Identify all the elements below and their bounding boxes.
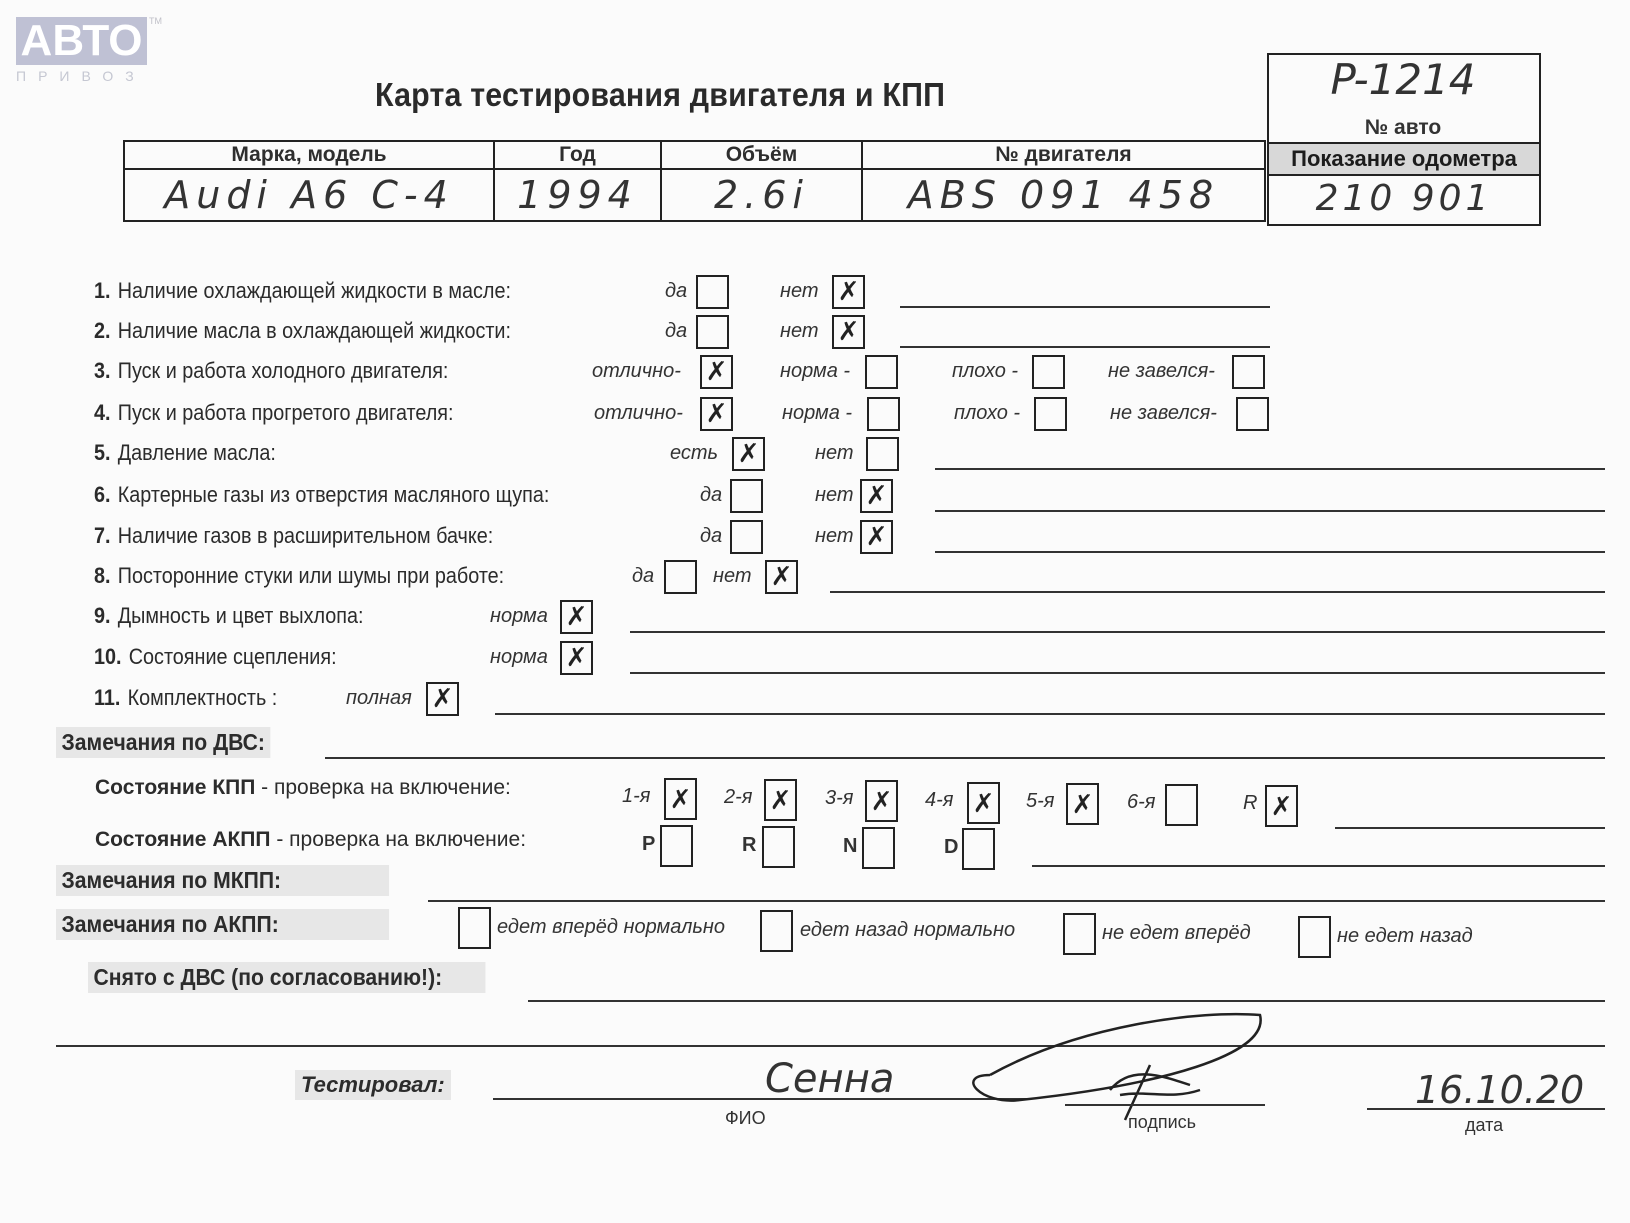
tester-name[interactable]: Сенна: [765, 1056, 894, 1102]
option-label: плохо -: [952, 360, 1018, 383]
comment-line[interactable]: [830, 591, 1605, 593]
gear-checkbox[interactable]: ✗: [1066, 783, 1099, 825]
checklist-item-label: 7.Наличие газов в расширительном бачке:: [94, 523, 493, 549]
gear-label: R: [1243, 792, 1257, 815]
item-text: Картерные газы из отверстия масляного щу…: [118, 482, 550, 507]
gear-label: 6-я: [1127, 791, 1155, 814]
ice-remarks-label: Замечания по ДВС:: [56, 727, 270, 758]
mode-checkbox[interactable]: [862, 827, 895, 869]
checkbox[interactable]: [866, 437, 899, 471]
auto-remark-label: едет вперёд нормально: [497, 916, 725, 939]
checklist-item-label: 8.Посторонние стуки или шумы при работе:: [94, 563, 504, 589]
option-label: да: [700, 525, 722, 548]
comment-line[interactable]: [630, 672, 1605, 674]
mode-label: R: [742, 834, 756, 857]
name-line: [493, 1098, 1028, 1100]
test-date[interactable]: 16.10.20: [1415, 1068, 1584, 1112]
col-header-model: Марка, модель: [124, 141, 494, 169]
checkbox[interactable]: [730, 479, 763, 513]
checkbox[interactable]: [865, 355, 898, 389]
removed-line[interactable]: [528, 1000, 1605, 1002]
item-text: Пуск и работа холодного двигателя:: [118, 358, 449, 383]
mode-label: P: [642, 833, 655, 856]
gear-checkbox[interactable]: ✗: [865, 780, 898, 822]
checkbox[interactable]: ✗: [700, 397, 733, 431]
vehicle-info-table: Марка, модель Год Объём № двигателя Audi…: [123, 140, 1266, 222]
option-label: да: [665, 280, 687, 303]
option-label: норма: [490, 646, 548, 669]
date-line: [1367, 1108, 1605, 1110]
option-label: нет: [815, 484, 854, 507]
gear-label: 4-я: [925, 789, 953, 812]
mode-checkbox[interactable]: [962, 828, 995, 870]
item-text: Пуск и работа прогретого двигателя:: [118, 400, 454, 425]
option-label: отлично-: [594, 402, 683, 425]
checklist-item-label: 4.Пуск и работа прогретого двигателя:: [94, 400, 454, 426]
checkbox[interactable]: [1032, 355, 1065, 389]
gear-label: 5-я: [1026, 790, 1054, 813]
option-label: норма: [490, 605, 548, 628]
mode-checkbox[interactable]: [660, 825, 693, 867]
option-label: нет: [780, 320, 819, 343]
option-label: нет: [815, 442, 854, 465]
col-header-engine-no: № двигателя: [862, 141, 1265, 169]
item-number: 7.: [94, 523, 111, 548]
date-caption: дата: [1465, 1115, 1503, 1136]
checkbox[interactable]: [867, 397, 900, 431]
manual-remarks-line[interactable]: [428, 900, 1605, 902]
checkbox[interactable]: ✗: [426, 682, 459, 716]
signature-line: [1065, 1104, 1265, 1106]
gear-checkbox[interactable]: [1165, 784, 1198, 826]
checklist-item-label: 11.Комплектность :: [94, 685, 277, 711]
item-number: 9.: [94, 603, 111, 628]
comment-line[interactable]: [630, 631, 1605, 633]
checkbox[interactable]: ✗: [832, 275, 865, 309]
checklist-item-label: 5.Давление масла:: [94, 440, 276, 466]
comment-line[interactable]: [935, 510, 1605, 512]
checklist-item-label: 6.Картерные газы из отверстия масляного …: [94, 482, 549, 508]
blank-line[interactable]: [56, 1045, 1605, 1047]
comment-line[interactable]: [495, 713, 1605, 715]
item-number: 10.: [94, 644, 122, 669]
item-text: Наличие газов в расширительном бачке:: [118, 523, 494, 548]
item-number: 11.: [94, 685, 120, 710]
auto-remark-label: едет назад нормально: [800, 919, 1015, 942]
ice-remarks-line[interactable]: [325, 757, 1605, 759]
option-label: нет: [780, 280, 819, 303]
manual-gearbox-label: Состояние КПП - проверка на включение:: [95, 776, 511, 800]
checklist-item-label: 3.Пуск и работа холодного двигателя:: [94, 358, 448, 384]
odometer-field[interactable]: 210 901: [1267, 174, 1541, 226]
auto-remark-checkbox[interactable]: [458, 907, 491, 949]
option-label: полная: [346, 687, 412, 710]
checkbox[interactable]: ✗: [560, 641, 593, 675]
manual-gearbox-line[interactable]: [1335, 827, 1605, 829]
checkbox[interactable]: [730, 520, 763, 554]
item-text: Наличие охлаждающей жидкости в масле:: [118, 278, 511, 303]
comment-line[interactable]: [935, 551, 1605, 553]
checkbox[interactable]: ✗: [765, 560, 798, 594]
odometer-label: Показание одометра: [1267, 142, 1541, 176]
option-label: норма -: [782, 402, 852, 425]
item-text: Состояние сцепления:: [129, 644, 337, 669]
item-number: 2.: [94, 318, 111, 343]
year-field[interactable]: 1994: [494, 169, 661, 221]
comment-line[interactable]: [900, 306, 1270, 308]
auto-remark-checkbox[interactable]: [1063, 913, 1096, 955]
checkbox[interactable]: [1034, 397, 1067, 431]
option-label: плохо -: [954, 402, 1020, 425]
logo-subtitle: ПРИВОЗ: [16, 68, 148, 84]
auto-remark-label: не едет назад: [1337, 925, 1473, 948]
option-label: отлично-: [592, 360, 681, 383]
item-number: 3.: [94, 358, 111, 383]
checkbox[interactable]: [1232, 355, 1265, 389]
car-number-value: P-1214: [1268, 55, 1538, 104]
gear-checkbox[interactable]: ✗: [967, 782, 1000, 824]
option-label: да: [632, 565, 654, 588]
checkbox[interactable]: [664, 560, 697, 594]
item-number: 4.: [94, 400, 111, 425]
comment-line[interactable]: [900, 346, 1270, 348]
checkbox[interactable]: ✗: [860, 520, 893, 554]
item-number: 5.: [94, 440, 111, 465]
volume-field[interactable]: 2.6i: [661, 169, 862, 221]
tested-by-label: Тестировал:: [295, 1070, 451, 1100]
signature-caption: подпись: [1128, 1112, 1196, 1133]
checkbox[interactable]: [1236, 397, 1269, 431]
logo-trademark: TM: [149, 16, 162, 26]
mode-checkbox[interactable]: [762, 826, 795, 868]
item-text: Дымность и цвет выхлопа:: [118, 603, 364, 628]
checklist-item-label: 2.Наличие масла в охлаждающей жидкости:: [94, 318, 511, 344]
option-label: есть: [670, 442, 718, 465]
signature[interactable]: [960, 1005, 1280, 1125]
auto-gearbox-label: Состояние АКПП - проверка на включение:: [95, 828, 526, 852]
item-text: Посторонние стуки или шумы при работе:: [118, 563, 504, 588]
col-header-year: Год: [494, 141, 661, 169]
auto-remark-label: не едет вперёд: [1102, 922, 1251, 945]
checkbox[interactable]: ✗: [560, 600, 593, 634]
gear-label: 2-я: [724, 786, 752, 809]
col-header-volume: Объём: [661, 141, 862, 169]
auto-gearbox-line[interactable]: [1032, 865, 1605, 867]
item-text: Давление масла:: [118, 440, 276, 465]
checkbox[interactable]: ✗: [700, 355, 733, 389]
item-text: Комплектность :: [128, 685, 278, 710]
item-number: 6.: [94, 482, 111, 507]
engine-number-field[interactable]: ABS 091 458: [862, 169, 1265, 221]
gear-checkbox[interactable]: ✗: [764, 779, 797, 821]
model-field[interactable]: Audi A6 C-4: [124, 169, 494, 221]
mode-label: D: [944, 836, 958, 859]
option-label: нет: [815, 525, 854, 548]
checklist-item-label: 1.Наличие охлаждающей жидкости в масле:: [94, 278, 511, 304]
gear-label: 1-я: [622, 785, 650, 808]
auto-remark-checkbox[interactable]: [760, 910, 793, 952]
manual-remarks-label: Замечания по МКПП:: [56, 865, 389, 896]
option-label: не завелся-: [1108, 360, 1215, 383]
auto-remark-checkbox[interactable]: [1298, 916, 1331, 958]
item-text: Наличие масла в охлаждающей жидкости:: [118, 318, 511, 343]
name-caption: ФИО: [725, 1108, 766, 1129]
checkbox[interactable]: ✗: [732, 437, 765, 471]
item-number: 8.: [94, 563, 111, 588]
gear-checkbox[interactable]: ✗: [1265, 785, 1298, 827]
item-number: 1.: [94, 278, 111, 303]
option-label: нет: [713, 565, 752, 588]
gear-label: 3-я: [825, 787, 853, 810]
option-label: норма -: [780, 360, 850, 383]
gear-checkbox[interactable]: ✗: [664, 778, 697, 820]
checklist-item-label: 9.Дымность и цвет выхлопа:: [94, 603, 364, 629]
car-number-label: № авто: [1268, 116, 1538, 140]
checkbox[interactable]: ✗: [832, 315, 865, 349]
comment-line[interactable]: [935, 468, 1605, 470]
checklist-item-label: 10.Состояние сцепления:: [94, 644, 337, 670]
checkbox[interactable]: [696, 315, 729, 349]
removed-label: Снято с ДВС (по согласованию!):: [88, 962, 485, 993]
option-label: да: [700, 484, 722, 507]
auto-remarks-label: Замечания по АКПП:: [56, 909, 389, 940]
checkbox[interactable]: ✗: [860, 479, 893, 513]
option-label: да: [665, 320, 687, 343]
page-title: Карта тестирования двигателя и КПП: [375, 76, 945, 114]
logo: АВТО: [16, 17, 147, 65]
option-label: не завелся-: [1110, 402, 1217, 425]
mode-label: N: [843, 835, 857, 858]
checkbox[interactable]: [696, 275, 729, 309]
